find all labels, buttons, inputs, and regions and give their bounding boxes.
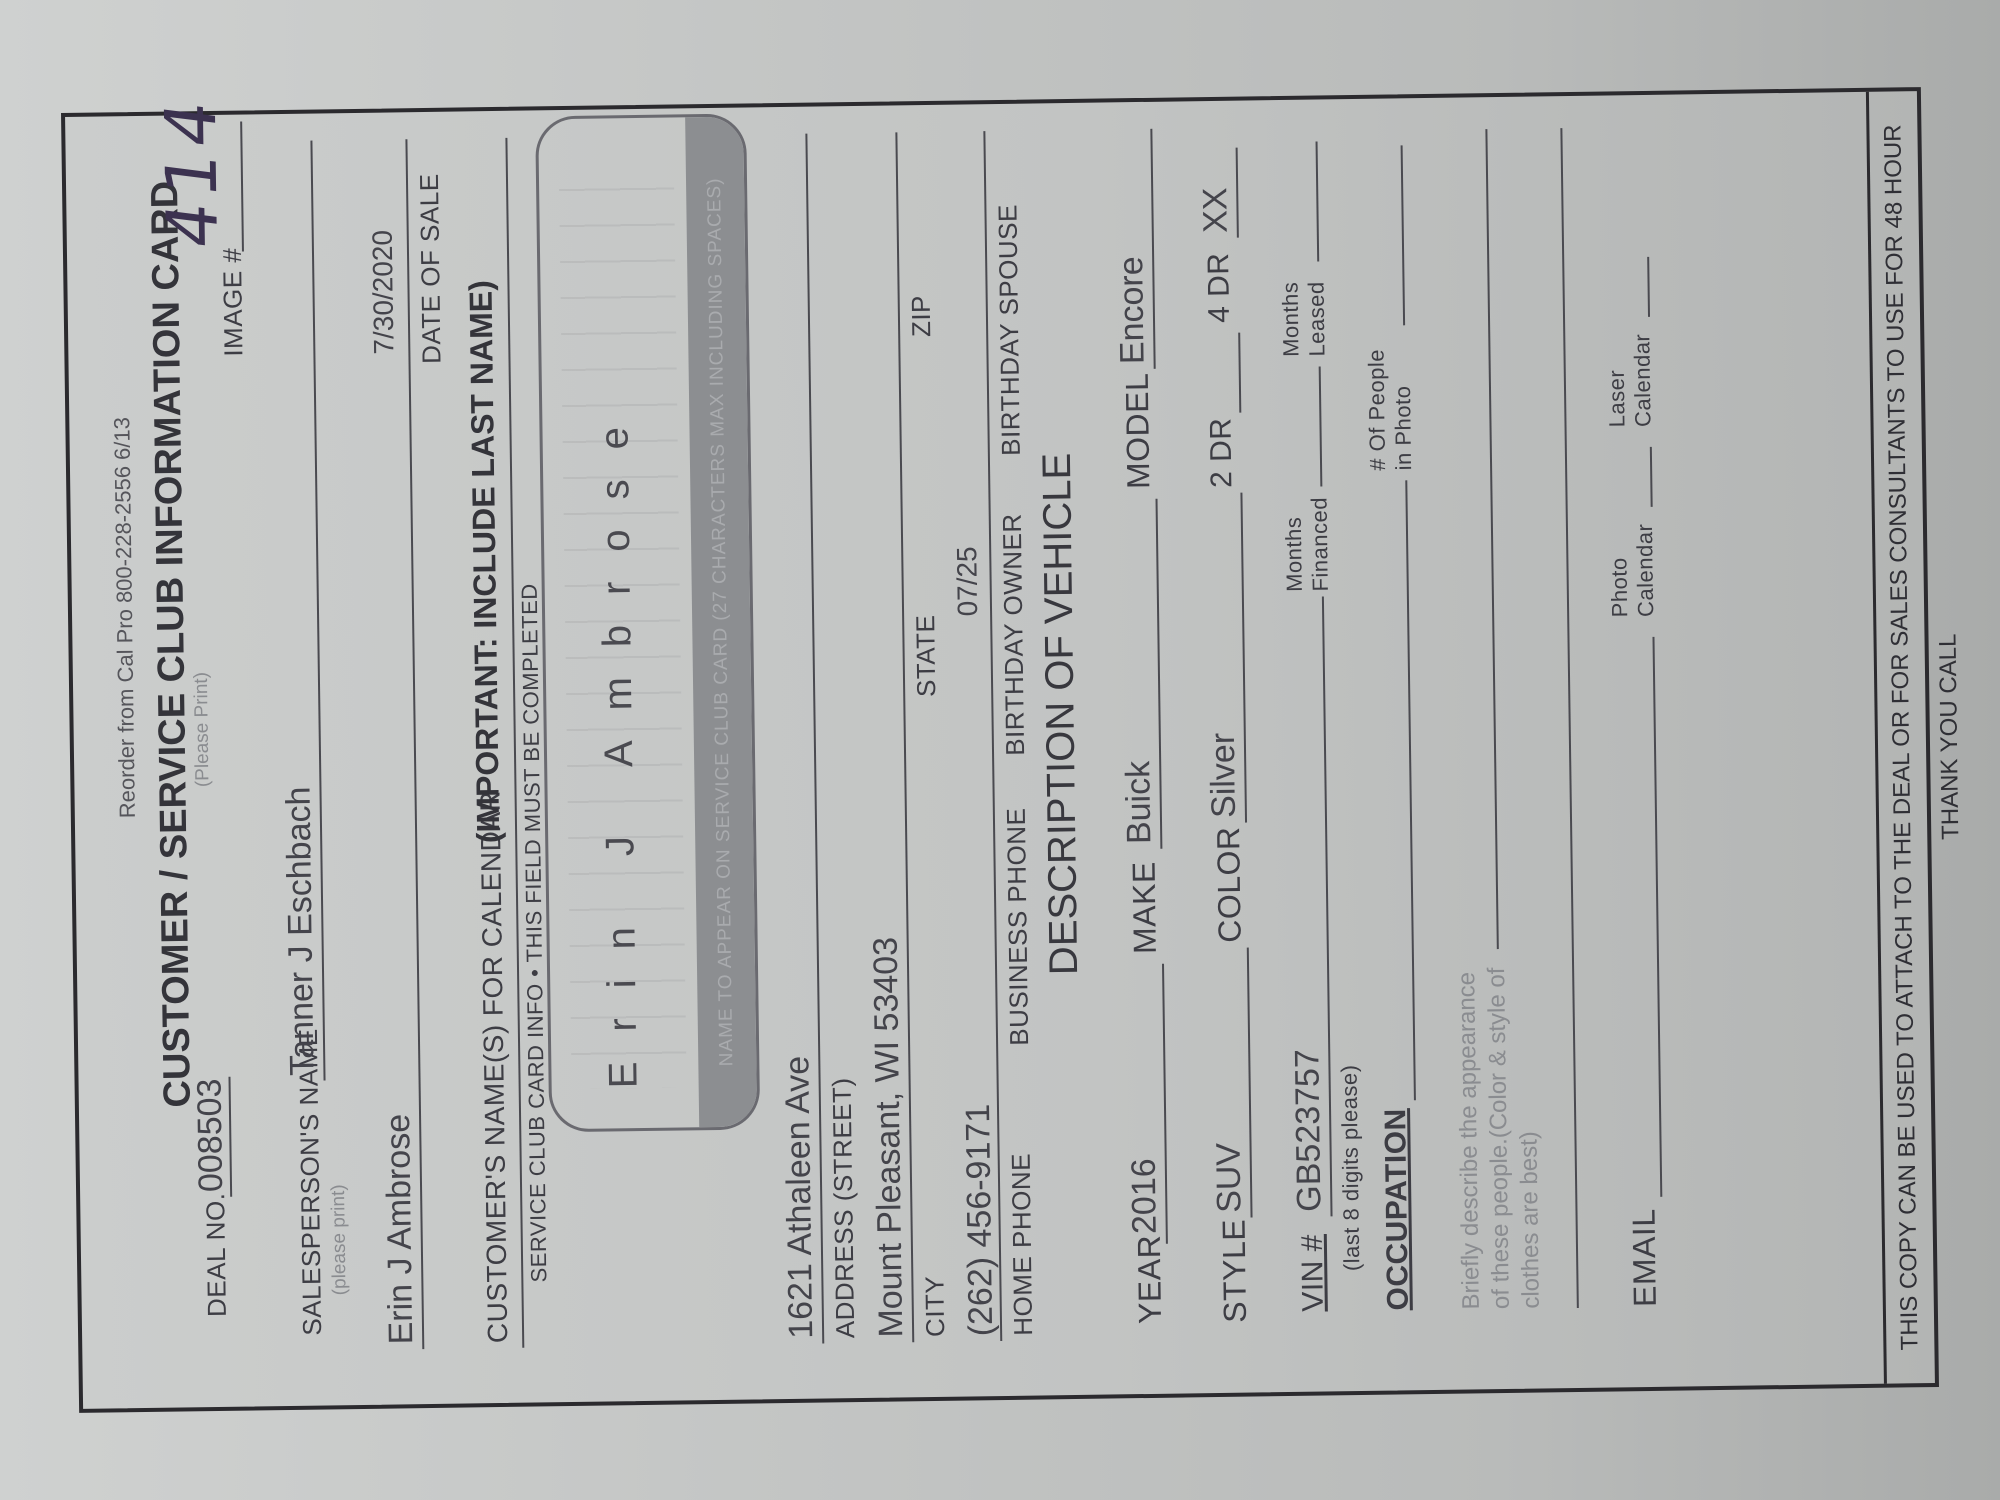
model-label: MODEL [1119, 372, 1158, 489]
birthday-spouse-label: BIRTHDAY SPOUSE [992, 204, 1027, 456]
business-phone-label: BUSINESS PHONE [1001, 807, 1035, 1046]
email-line[interactable] [1652, 637, 1662, 1197]
reorder-line: Reorder from Cal Pro 800-228-2556 6/13 [109, 417, 141, 818]
deal-no-value[interactable]: 008503 [191, 1078, 232, 1192]
home-phone-label: HOME PHONE [1006, 1153, 1040, 1336]
service-club-name-box[interactable]: Erin J Ambrose NAME TO APPEAR ON SERVICE… [535, 113, 760, 1132]
vehicle-section-title: DESCRIPTION OF VEHICLE [1035, 453, 1087, 976]
vin-value[interactable]: GB523757 [1288, 1049, 1329, 1212]
city-label: CITY [919, 1276, 951, 1338]
address-label: ADDRESS (STREET) [827, 1077, 862, 1338]
color-label: COLOR [1210, 826, 1249, 943]
four-door-label: 4 DR [1202, 252, 1237, 323]
vin-sub: (last 8 digits please) [1336, 1064, 1365, 1271]
months-financed-label: Months Financed [1280, 481, 1334, 592]
laser-calendar-label: Laser Calendar [1603, 317, 1657, 428]
image-number-label: IMAGE # [217, 247, 250, 356]
photo-calendar-line[interactable] [1650, 447, 1653, 507]
months-financed-line[interactable] [1319, 366, 1323, 486]
city-value[interactable]: Mount Pleasant, WI 53403 [867, 937, 912, 1338]
photo-calendar-label: Photo Calendar [1606, 507, 1660, 618]
birthday-owner-label: BIRTHDAY OWNER [997, 513, 1031, 756]
laser-calendar-line[interactable] [1647, 257, 1650, 317]
style-label: STYLE [1216, 1219, 1254, 1323]
email-label: EMAIL [1625, 1208, 1663, 1307]
make-value[interactable]: Buick [1119, 761, 1159, 845]
people-in-photo-label: # Of People in Photo [1363, 330, 1417, 471]
appearance-prompt: Briefly describe the appearance of these… [1452, 948, 1547, 1309]
color-value[interactable]: Silver [1204, 733, 1244, 819]
state-label: STATE [910, 614, 942, 697]
customer-names-label: CUSTOMER'S NAME(S) FOR CALENDAR [475, 791, 515, 1344]
deal-no-label: DEAL NO. [200, 1192, 233, 1317]
customer-name-value[interactable]: Erin J Ambrose [379, 1114, 421, 1345]
year-label: YEAR [1131, 1235, 1169, 1325]
two-door-line[interactable] [1238, 333, 1241, 413]
style-value[interactable]: SUV [1210, 1143, 1250, 1213]
card-name-band: NAME TO APPEAR ON SERVICE CLUB CARD (27 … [685, 117, 757, 1128]
document-photo: Reorder from Cal Pro 800-228-2556 6/13 C… [60, 90, 1940, 1410]
date-of-sale-value[interactable]: 7/30/2020 [367, 230, 401, 355]
image-number-value[interactable]: 414 [150, 90, 234, 252]
deal-no-line [228, 1077, 232, 1197]
please-print-note: (Please Print) [191, 672, 215, 787]
salesperson-value[interactable]: Tanner J Eschbach [279, 786, 322, 1076]
card-name-value[interactable]: Erin J Ambrose [592, 397, 647, 1089]
months-leased-line[interactable] [1316, 142, 1320, 262]
footer-note: THIS COPY CAN BE USED TO ATTACH TO THE D… [1866, 91, 1935, 1384]
four-door-value[interactable]: XX [1196, 187, 1236, 233]
two-door-label: 2 DR [1204, 417, 1239, 488]
salesperson-sub: (please print) [328, 1184, 352, 1295]
four-door-line [1236, 148, 1239, 238]
appearance-line-2[interactable] [1560, 128, 1578, 1308]
occupation-line[interactable] [1405, 480, 1416, 1100]
months-leased-label: Months Leased [1277, 256, 1330, 357]
image-number-line [240, 122, 244, 252]
address-value[interactable]: 1621 Athaleen Ave [778, 1056, 821, 1340]
make-label: MAKE [1126, 861, 1164, 954]
vin-label: VIN # [1296, 1234, 1331, 1312]
date-of-sale-label: DATE OF SALE [414, 173, 448, 364]
model-value[interactable]: Encore [1112, 256, 1153, 364]
occupation-label: OCCUPATION [1379, 1108, 1416, 1311]
important-note: (IMPORTANT: INCLUDE LAST NAME) [462, 280, 507, 843]
people-in-photo-line[interactable] [1401, 145, 1406, 325]
zip-label: ZIP [906, 295, 938, 337]
home-phone-value[interactable]: (262) 456-9171 [959, 1104, 1001, 1337]
customer-service-club-card: Reorder from Cal Pro 800-228-2556 6/13 C… [61, 87, 1939, 1413]
birthday-owner-value[interactable]: 07/25 [951, 546, 984, 617]
card-title: CUSTOMER / SERVICE CLUB INFORMATION CARD [144, 180, 200, 1107]
year-value[interactable]: 2016 [1125, 1158, 1165, 1234]
appearance-line-1[interactable] [1485, 129, 1498, 949]
